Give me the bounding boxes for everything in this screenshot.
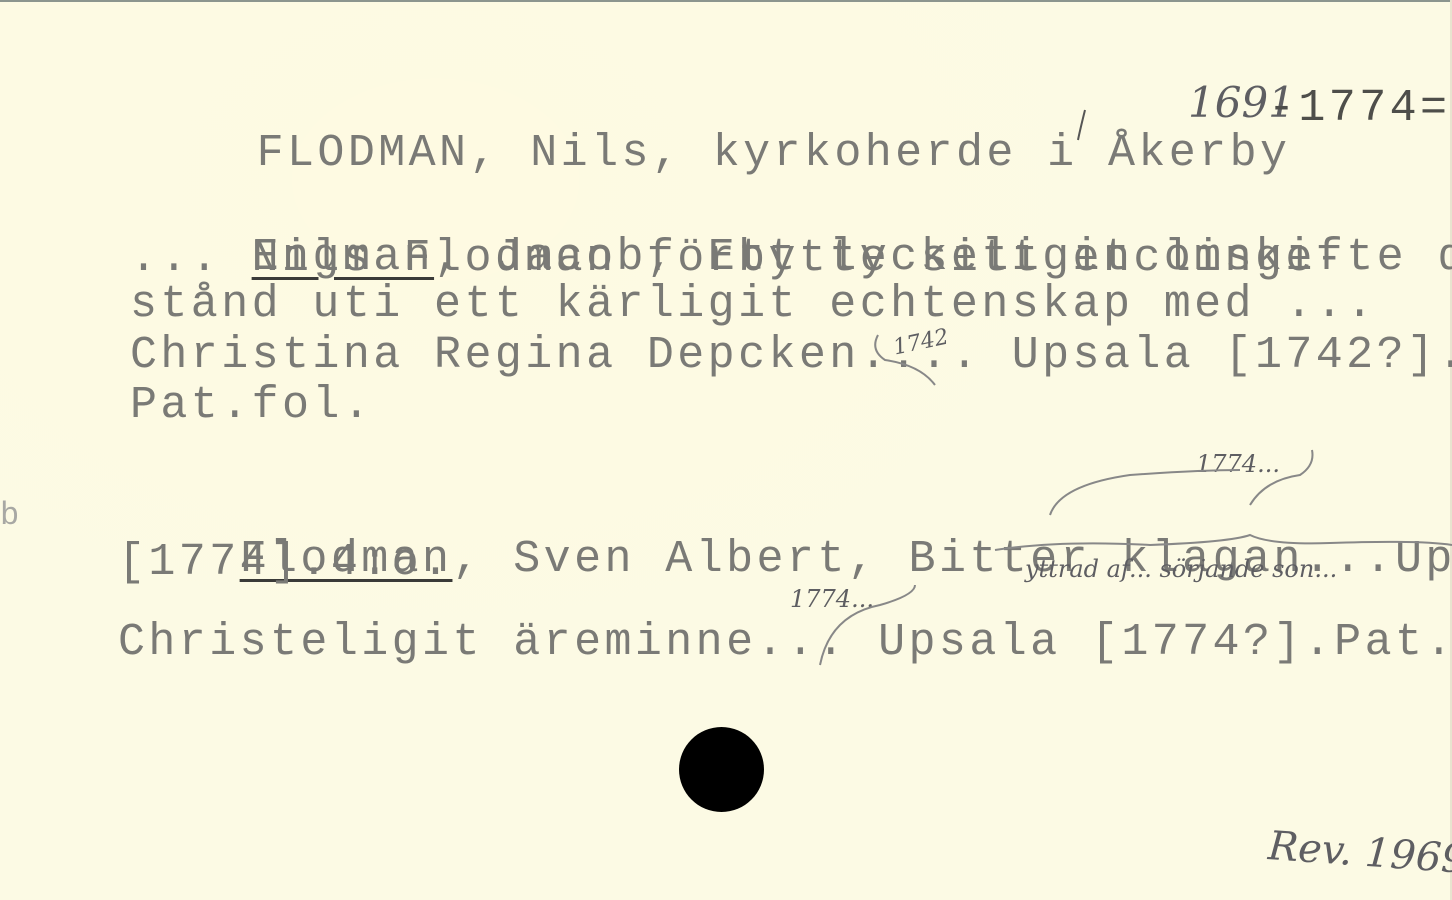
card-top-edge xyxy=(0,0,1452,2)
punch-hole xyxy=(679,727,764,812)
entry-2-line-2: [1774].4:o. xyxy=(118,540,452,585)
margin-mark: b xyxy=(0,497,19,534)
entry-3-line-1: Christeligit äreminne... Upsala [1774?].… xyxy=(118,620,1452,665)
heading-surname: FLODMAN xyxy=(257,128,470,179)
revision-note: Rev. 1969 xyxy=(1267,823,1452,883)
heading-death-year: -1774= xyxy=(1268,86,1450,131)
entry-1-line-4: Christina Regina Depcken.... Upsala [174… xyxy=(130,333,1452,378)
entry-1-line-5: Pat.fol. xyxy=(130,383,373,428)
entry-2-handwritten-year: 1774... xyxy=(1196,450,1280,478)
heading-details: , Nils, kyrkoherde i Åkerby xyxy=(469,128,1290,179)
entry-1-line-3: stånd uti ett kärligit echtenskap med ..… xyxy=(130,282,1377,327)
catalog-card: FLODMAN, Nils, kyrkoherde i Åkerby 1691 … xyxy=(0,0,1452,900)
entry-1-line-2: ... Nils Flodman förbytte sitt enclinge- xyxy=(130,236,1346,281)
entry-3-handwritten-year: 1774... xyxy=(790,585,874,613)
entry-2-handwritten-note: yttrad af... sörjande son... xyxy=(1025,555,1337,583)
